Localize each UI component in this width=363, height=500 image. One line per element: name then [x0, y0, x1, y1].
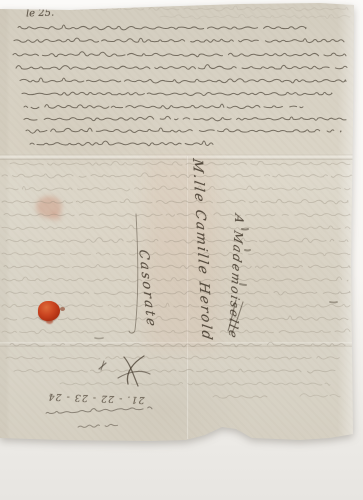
docket-numbers-inverted: 21. - 22 - 23 - 24: [47, 391, 144, 405]
wax-seal-dot: [60, 307, 65, 311]
handwriting-layer: [0, 0, 363, 500]
paper-shadow: le 25. A Mademoiselle M.lle Camille Hero…: [0, 0, 363, 500]
vertical-fold-crease: [186, 156, 189, 439]
wax-seal-drip: [46, 319, 53, 324]
horizontal-fold-crease-lower: [0, 342, 363, 347]
faded-wax-stain-small: [50, 212, 62, 221]
paper-texture: [0, 0, 363, 500]
horizontal-fold-crease: [0, 154, 363, 160]
date-line: le 25.: [26, 8, 55, 20]
letter-paper: le 25. A Mademoiselle M.lle Camille Hero…: [0, 0, 363, 500]
letter-scan: le 25. A Mademoiselle M.lle Camille Hero…: [0, 0, 363, 500]
address-recipient-name: M.lle Camille Herold: [189, 157, 215, 342]
red-wax-seal: [38, 301, 60, 321]
address-town: Casorate: [135, 249, 159, 329]
address-salutation: A Mademoiselle: [226, 213, 246, 342]
